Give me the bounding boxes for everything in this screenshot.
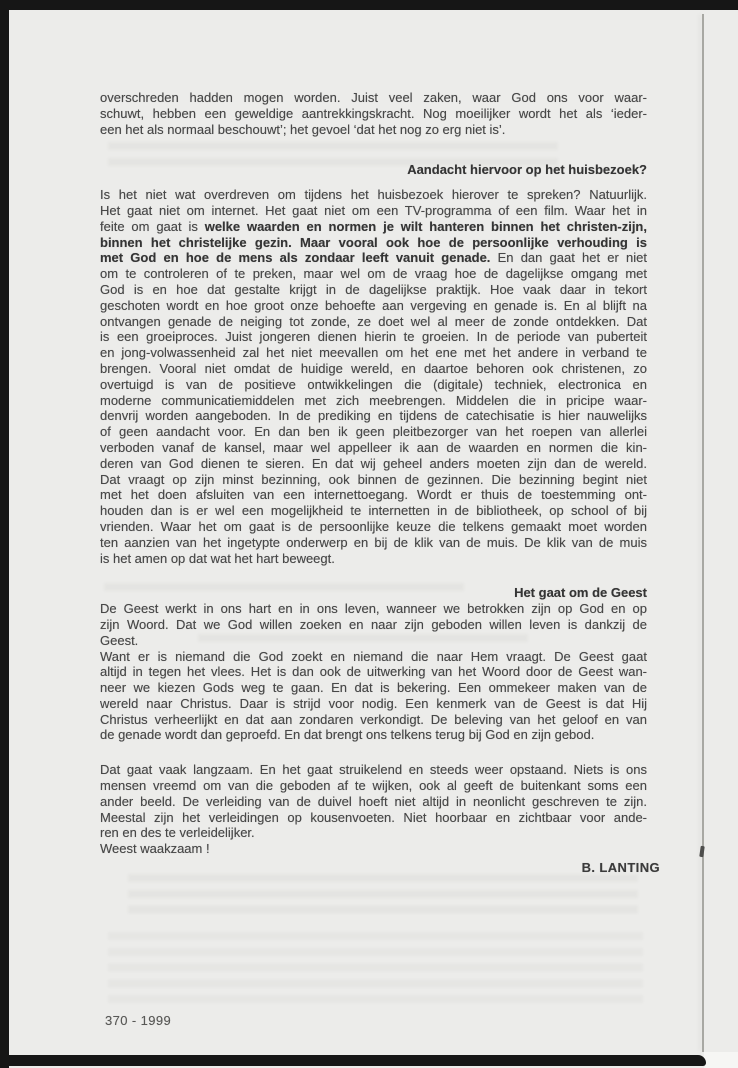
text-line: wereld naar Christus. Daar is strijd voo… bbox=[100, 696, 647, 712]
text-segment: is het amen op dat wat het hart beweegt. bbox=[100, 551, 335, 566]
text-segment: ander beeld. De verleiding van de duivel… bbox=[100, 794, 647, 809]
text-line: feite om gaat is welke waarden en normen… bbox=[100, 219, 647, 235]
bold-text-segment: welke waarden en normen je wilt hanteren… bbox=[205, 219, 647, 234]
text-segment: neer we kiezen Gods weg te gaan. En dat … bbox=[100, 680, 647, 695]
text-line: schuwt, hebben een geweldige aantrekking… bbox=[100, 106, 647, 122]
text-segment: De Geest werkt in ons hart en in ons lev… bbox=[100, 601, 647, 616]
text-line: zijn Woord. Dat we God willen zoeken en … bbox=[100, 617, 647, 633]
text-segment: moderne communicatiemiddelen met zich me… bbox=[100, 393, 647, 408]
text-line: verboden vanaf de kansel, maar wel appel… bbox=[100, 440, 647, 456]
text-line: Dat gaat vaak langzaam. En het gaat stru… bbox=[100, 762, 647, 778]
text-line: God is en hoe dat gestalte krijgt in de … bbox=[100, 282, 647, 298]
paragraph: Is het niet wat overdreven om tijdens he… bbox=[100, 187, 647, 566]
text-line: moderne communicatiemiddelen met zich me… bbox=[100, 393, 647, 409]
text-segment: en jong-volwassenheid zal het niet meeva… bbox=[100, 345, 647, 360]
bleedthrough-smudge bbox=[128, 874, 638, 920]
text-line: neer we kiezen Gods weg te gaan. En dat … bbox=[100, 680, 647, 696]
text-segment: ontvangen genade de neiging tot zonde, z… bbox=[100, 314, 647, 329]
text-line: Meestal zijn het verleidingen op kousenv… bbox=[100, 810, 647, 826]
text-line: denvrij worden aangeboden. In de prediki… bbox=[100, 408, 647, 424]
text-segment: God is en hoe dat gestalte krijgt in de … bbox=[100, 282, 647, 297]
text-segment: houden dan is er wel een mogelijkheid te… bbox=[100, 503, 647, 518]
text-segment: overschreden hadden mogen worden. Juist … bbox=[100, 90, 647, 105]
paragraph: De Geest werkt in ons hart en in ons lev… bbox=[100, 601, 647, 743]
text-segment: Dat vraagt op zijn minst bezinning, ook … bbox=[100, 472, 647, 487]
text-line: en jong-volwassenheid zal het niet meeva… bbox=[100, 345, 647, 361]
bold-text-segment: binnen het christelijke gezin. Maar voor… bbox=[100, 235, 647, 250]
text-segment: of geen aandacht voor. En dan ben ik gee… bbox=[100, 424, 647, 439]
text-line: Want er is niemand die God zoekt en niem… bbox=[100, 649, 647, 665]
text-segment: Het gaat niet om internet. Het gaat niet… bbox=[100, 203, 647, 218]
text-line: De Geest werkt in ons hart en in ons lev… bbox=[100, 601, 647, 617]
text-line: een het als normaal beschouwt’; het gevo… bbox=[100, 122, 647, 138]
scan-border-bottom bbox=[0, 1055, 706, 1066]
section-heading: Het gaat om de Geest bbox=[100, 585, 647, 601]
text-line: brengen. Vooral niet omdat de huidige we… bbox=[100, 361, 647, 377]
text-line: ontvangen genade de neiging tot zonde, z… bbox=[100, 314, 647, 330]
text-segment: brengen. Vooral niet omdat de huidige we… bbox=[100, 361, 647, 376]
text-line: Christus verheerlijkt en dat aan zondare… bbox=[100, 712, 647, 728]
text-line: met het doen afsluiten van een internett… bbox=[100, 487, 647, 503]
page-number-footer: 370 - 1999 bbox=[105, 1013, 171, 1028]
paragraph: overschreden hadden mogen worden. Juist … bbox=[100, 90, 647, 137]
text-line: of geen aandacht voor. En dan ben ik gee… bbox=[100, 424, 647, 440]
text-segment: met het doen afsluiten van een internett… bbox=[100, 487, 647, 502]
text-segment: Dat gaat vaak langzaam. En het gaat stru… bbox=[100, 762, 647, 777]
text-column: overschreden hadden mogen worden. Juist … bbox=[100, 90, 647, 857]
text-line: Geest. bbox=[100, 633, 647, 649]
text-segment: geschoten wordt en hoe groot onze behoef… bbox=[100, 298, 647, 313]
bleedthrough-smudge bbox=[108, 932, 643, 1010]
text-segment: overtuigd is van de positieve ontwikkeli… bbox=[100, 377, 647, 392]
text-line: met God en hoe de mens als zondaar leeft… bbox=[100, 250, 647, 266]
text-line: overschreden hadden mogen worden. Juist … bbox=[100, 90, 647, 106]
section-heading: Aandacht hiervoor op het huisbezoek? bbox=[100, 162, 647, 178]
text-segment: schuwt, hebben een geweldige aantrekking… bbox=[100, 106, 647, 121]
scan-border-top bbox=[0, 0, 738, 10]
text-segment: wereld naar Christus. Daar is strijd voo… bbox=[100, 696, 647, 711]
text-segment: verboden vanaf de kansel, maar wel appel… bbox=[100, 440, 647, 455]
text-line: is het amen op dat wat het hart beweegt. bbox=[100, 551, 647, 567]
text-segment: zijn Woord. Dat we God willen zoeken en … bbox=[100, 617, 647, 632]
text-line: deren van God dienen te sieren. En dat w… bbox=[100, 456, 647, 472]
text-line: Weest waakzaam ! bbox=[100, 841, 647, 857]
text-segment: deren van God dienen te sieren. En dat w… bbox=[100, 456, 647, 471]
page-edge-line bbox=[702, 14, 704, 1052]
text-line: om te controleren of te preken, maar wel… bbox=[100, 266, 647, 282]
author-name: B. LANTING bbox=[100, 860, 660, 875]
text-line: altijd in tegen het vlees. Het is dan oo… bbox=[100, 664, 647, 680]
text-line: Dat vraagt op zijn minst bezinning, ook … bbox=[100, 472, 647, 488]
scanned-page: overschreden hadden mogen worden. Juist … bbox=[8, 0, 738, 1068]
text-segment: Geest. bbox=[100, 633, 138, 648]
paragraph: Dat gaat vaak langzaam. En het gaat stru… bbox=[100, 762, 647, 857]
text-line: Het gaat niet om internet. Het gaat niet… bbox=[100, 203, 647, 219]
text-segment: om te controleren of te preken, maar wel… bbox=[100, 266, 647, 281]
text-line: ten aanzien van het ingetypte onderwerp … bbox=[100, 535, 647, 551]
text-segment: denvrij worden aangeboden. In de prediki… bbox=[100, 408, 647, 423]
text-segment: is een groeiproces. Juist jongeren diene… bbox=[100, 329, 647, 344]
text-line: houden dan is er wel een mogelijkheid te… bbox=[100, 503, 647, 519]
text-segment: Is het niet wat overdreven om tijdens he… bbox=[100, 187, 647, 202]
text-segment: Want er is niemand die God zoekt en niem… bbox=[100, 649, 647, 664]
text-segment: mensen vreemd om van die geboden af te w… bbox=[100, 778, 647, 793]
text-segment: altijd in tegen het vlees. Het is dan oo… bbox=[100, 664, 647, 679]
text-segment: Weest waakzaam ! bbox=[100, 841, 210, 856]
text-line: ander beeld. De verleiding van de duivel… bbox=[100, 794, 647, 810]
text-segment: ten aanzien van het ingetypte onderwerp … bbox=[100, 535, 647, 550]
scan-corner-gap bbox=[704, 1052, 738, 1068]
text-line: is een groeiproces. Juist jongeren diene… bbox=[100, 329, 647, 345]
text-segment: de genade wordt dan geproefd. En dat bre… bbox=[100, 727, 594, 742]
text-line: Is het niet wat overdreven om tijdens he… bbox=[100, 187, 647, 203]
text-line: binnen het christelijke gezin. Maar voor… bbox=[100, 235, 647, 251]
text-segment: ren en des te verleidelijker. bbox=[100, 825, 255, 840]
text-line: mensen vreemd om van die geboden af te w… bbox=[100, 778, 647, 794]
text-line: geschoten wordt en hoe groot onze behoef… bbox=[100, 298, 647, 314]
text-segment: Christus verheerlijkt en dat aan zondare… bbox=[100, 712, 647, 727]
bold-text-segment: met God en hoe de mens als zondaar leeft… bbox=[100, 250, 490, 265]
text-segment: een het als normaal beschouwt’; het gevo… bbox=[100, 122, 505, 137]
text-segment: feite om gaat is bbox=[100, 219, 205, 234]
text-segment: Meestal zijn het verleidingen op kousenv… bbox=[100, 810, 647, 825]
scan-border-left bbox=[0, 0, 9, 1068]
text-line: overtuigd is van de positieve ontwikkeli… bbox=[100, 377, 647, 393]
text-line: de genade wordt dan geproefd. En dat bre… bbox=[100, 727, 647, 743]
text-segment: En dan gaat het er niet bbox=[490, 250, 647, 265]
text-line: vrienden. Waar het om gaat is de persoon… bbox=[100, 519, 647, 535]
text-segment: vrienden. Waar het om gaat is de persoon… bbox=[100, 519, 647, 534]
text-line: ren en des te verleidelijker. bbox=[100, 825, 647, 841]
